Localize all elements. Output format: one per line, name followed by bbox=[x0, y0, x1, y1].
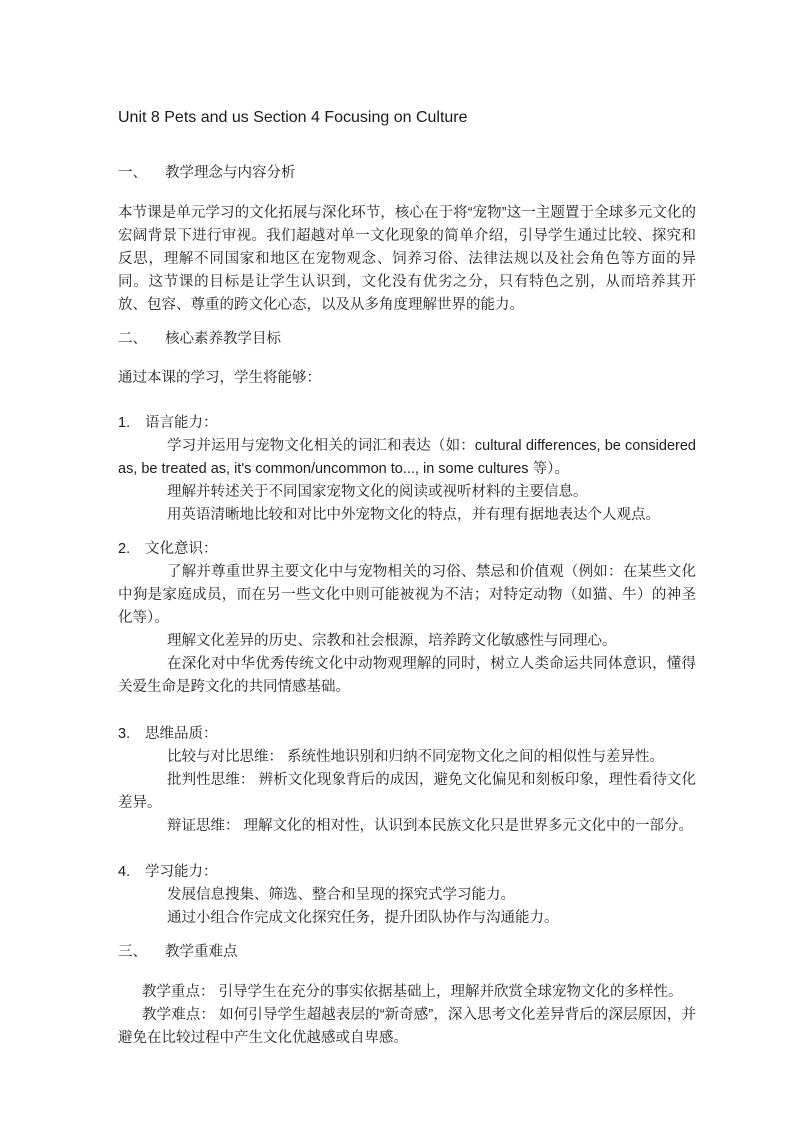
objective-item-1-point: 理解并转述关于不同国家宠物文化的阅读或视听材料的主要信息。 bbox=[118, 481, 696, 504]
objective-item-4-title: 学习能力： bbox=[145, 864, 218, 880]
document-page: Unit 8 Pets and us Section 4 Focusing on… bbox=[0, 0, 794, 1123]
objective-item-4: 4.学习能力： 发展信息搜集、筛选、整合和呈现的探究式学习能力。 通过小组合作完… bbox=[118, 861, 696, 930]
objective-item-4-point: 发展信息搜集、筛选、整合和呈现的探究式学习能力。 bbox=[118, 884, 696, 907]
objective-item-3: 3.思维品质： 比较与对比思维： 系统性地识别和归纳不同宠物文化之间的相似性与差… bbox=[118, 723, 696, 838]
objective-item-2-title: 文化意识： bbox=[145, 541, 218, 557]
teaching-key-point: 教学重点： 引导学生在充分的事实依据基础上，理解并欣赏全球宠物文化的多样性。 bbox=[118, 981, 696, 1004]
objective-item-3-head: 3.思维品质： bbox=[118, 723, 696, 746]
objective-item-1-title: 语言能力： bbox=[145, 415, 218, 431]
objective-item-2: 2.文化意识： 了解并尊重世界主要文化中与宠物相关的习俗、禁忌和价值观（例如：在… bbox=[118, 538, 696, 699]
objective-item-3-point: 批判性思维： 辨析文化现象背后的成因，避免文化偏见和刻板印象，理性看待文化差异。 bbox=[118, 769, 696, 815]
objective-item-3-title: 思维品质： bbox=[145, 726, 218, 742]
section-1-heading: 一、教学理念与内容分析 bbox=[118, 162, 696, 185]
objective-item-1-number: 1. bbox=[118, 412, 145, 435]
objective-item-1-point: 用英语清晰地比较和对比中外宠物文化的特点，并有理有据地表达个人观点。 bbox=[118, 504, 696, 527]
objective-item-4-number: 4. bbox=[118, 861, 145, 884]
objective-item-2-point: 在深化对中华优秀传统文化中动物观理解的同时，树立人类命运共同体意识，懂得关爱生命… bbox=[118, 653, 696, 699]
section-2-intro: 通过本课的学习，学生将能够： bbox=[118, 367, 696, 390]
section-2-title: 核心素养教学目标 bbox=[165, 331, 281, 347]
objective-item-1-head: 1.语言能力： bbox=[118, 412, 696, 435]
objective-item-2-head: 2.文化意识： bbox=[118, 538, 696, 561]
section-1-title: 教学理念与内容分析 bbox=[165, 165, 296, 181]
objective-item-1: 1.语言能力： 学习并运用与宠物文化相关的词汇和表达（如：cultural di… bbox=[118, 412, 696, 527]
objective-item-4-point: 通过小组合作完成文化探究任务，提升团队协作与沟通能力。 bbox=[118, 907, 696, 930]
objective-item-3-point: 辩证思维： 理解文化的相对性，认识到本民族文化只是世界多元文化中的一部分。 bbox=[118, 815, 696, 838]
objective-item-2-number: 2. bbox=[118, 538, 145, 561]
section-3-number: 三、 bbox=[118, 941, 165, 964]
teaching-difficult-point: 教学难点： 如何引导学生超越表层的“新奇感”，深入思考文化差异背后的深层原因，并… bbox=[118, 1004, 696, 1050]
section-3-title: 教学重难点 bbox=[165, 944, 238, 960]
section-3-heading: 三、教学重难点 bbox=[118, 941, 696, 964]
section-1-number: 一、 bbox=[118, 162, 165, 185]
document-title: Unit 8 Pets and us Section 4 Focusing on… bbox=[118, 106, 696, 130]
section-2-heading: 二、核心素养教学目标 bbox=[118, 328, 696, 351]
objective-item-2-point: 理解文化差异的历史、宗教和社会根源，培养跨文化敏感性与同理心。 bbox=[118, 630, 696, 653]
section-1-paragraph: 本节课是单元学习的文化拓展与深化环节，核心在于将“宠物”这一主题置于全球多元文化… bbox=[118, 202, 696, 317]
objective-item-3-number: 3. bbox=[118, 723, 145, 746]
objective-item-1-point: 学习并运用与宠物文化相关的词汇和表达（如：cultural difference… bbox=[118, 435, 696, 481]
objective-item-3-point: 比较与对比思维： 系统性地识别和归纳不同宠物文化之间的相似性与差异性。 bbox=[118, 746, 696, 769]
objective-item-4-head: 4.学习能力： bbox=[118, 861, 696, 884]
section-2-number: 二、 bbox=[118, 328, 165, 351]
objective-item-2-point: 了解并尊重世界主要文化中与宠物相关的习俗、禁忌和价值观（例如：在某些文化中狗是家… bbox=[118, 561, 696, 630]
